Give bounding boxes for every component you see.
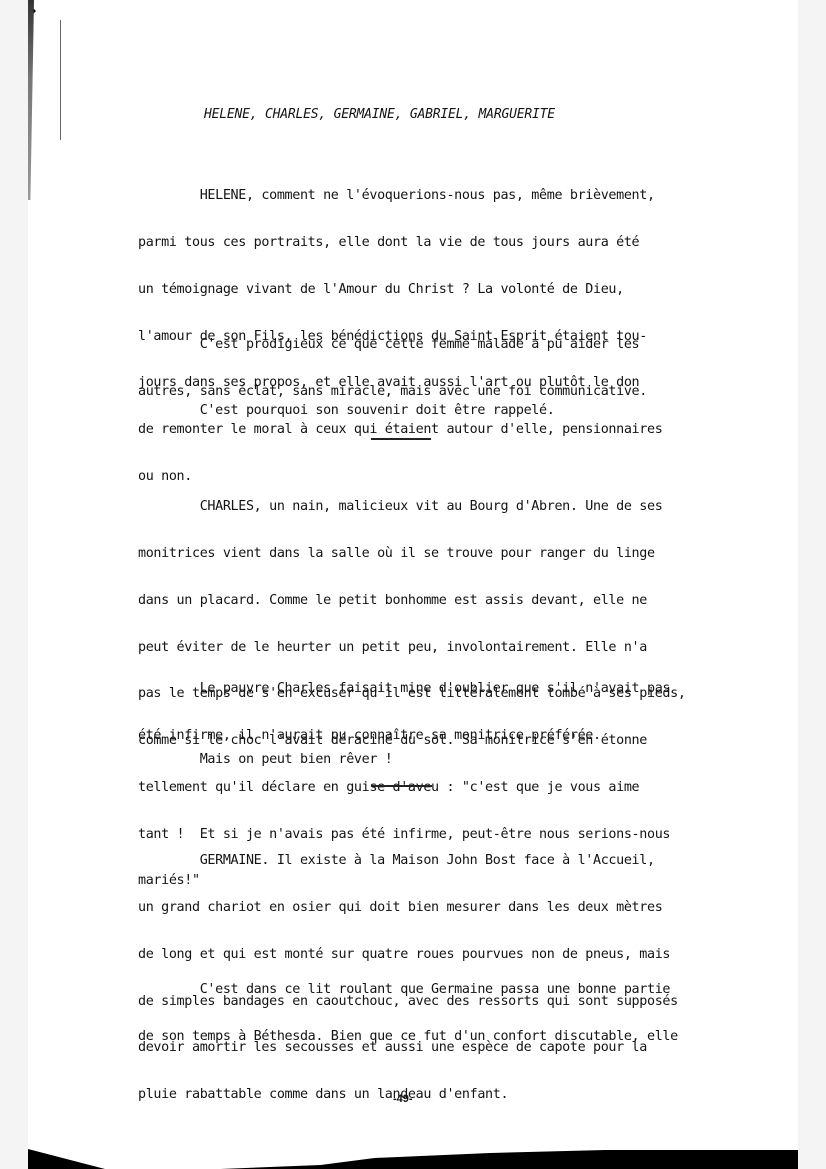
text-line: dans un placard. Comme le petit bonhomme… bbox=[138, 593, 686, 609]
paragraph-helene-3: C'est pourquoi son souvenir doit être ra… bbox=[138, 372, 554, 434]
scan-artifact-line bbox=[60, 20, 61, 140]
text-line: CHARLES, un nain, malicieux vit au Bourg… bbox=[138, 499, 686, 515]
section-divider bbox=[371, 438, 431, 440]
text-line: parmi tous ces portraits, elle dont la v… bbox=[138, 235, 662, 251]
paragraph-germaine-2: C'est dans ce lit roulant que Germaine p… bbox=[138, 951, 678, 1060]
text-line: GERMAINE. Il existe à la Maison John Bos… bbox=[138, 853, 678, 869]
text-line: C'est dans ce lit roulant que Germaine p… bbox=[138, 982, 678, 998]
text-line: de son temps à Béthesda. Bien que ce fut… bbox=[138, 1029, 678, 1045]
text-line: Le pauvre Charles faisait mine d'oublier… bbox=[138, 681, 670, 697]
section-divider bbox=[372, 785, 432, 787]
text-line: C'est pourquoi son souvenir doit être ra… bbox=[138, 403, 554, 419]
text-line: HELENE, comment ne l'évoquerions-nous pa… bbox=[138, 188, 662, 204]
paragraph-charles-3: Mais on peut bien rêver ! bbox=[138, 721, 393, 783]
page-number: -49- bbox=[393, 1093, 413, 1105]
page-title: HELENE, CHARLES, GERMAINE, GABRIEL, MARG… bbox=[204, 107, 555, 122]
scan-edge-shadow bbox=[28, 0, 34, 200]
text-line: Mais on peut bien rêver ! bbox=[138, 752, 393, 768]
text-line: un grand chariot en osier qui doit bien … bbox=[138, 900, 678, 916]
text-line: C'est prodigieux ce que cette femme mala… bbox=[138, 337, 647, 353]
text-line: un témoignage vivant de l'Amour du Chris… bbox=[138, 282, 662, 298]
text-line: monitrices vient dans la salle où il se … bbox=[138, 546, 686, 562]
